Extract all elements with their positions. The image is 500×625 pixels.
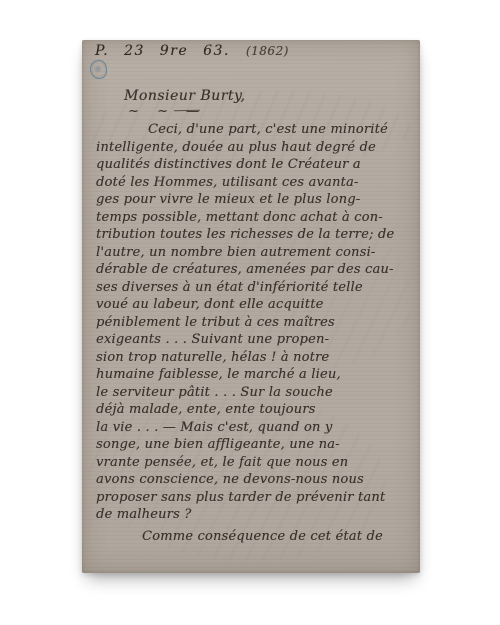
letter-line: temps possible, mettant donc achat à con…	[96, 209, 414, 227]
letter-line: de malheurs ?	[96, 506, 414, 524]
letter-line: avons conscience, ne devons-nous nous	[96, 471, 414, 489]
letter-line: doté les Hommes, utilisant ces avanta-	[96, 174, 414, 192]
letter-line: sion trop naturelle, hélas ! à notre	[96, 349, 414, 367]
letter-line: ges pour vivre le mieux et le plus long-	[96, 191, 414, 209]
letter-line: vrante pensée, et, le fait que nous en	[96, 454, 414, 472]
letter-line: déjà malade, ente, ente toujours	[96, 401, 414, 419]
letter-line: voué au labeur, dont elle acquitte	[96, 296, 414, 314]
letter-sheet: P. 23 9re 63.(1862) Monsieur Burty, ~ ~ …	[82, 40, 420, 573]
letter-line: péniblement le tribut à ces maîtres	[96, 314, 414, 332]
collector-stamp-icon	[89, 59, 108, 80]
letter-line: Ceci, d'une part, c'est une minorité	[96, 121, 414, 139]
letter-line: l'autre, un nombre bien autrement consi-	[96, 244, 414, 262]
date-annotation: (1862)	[246, 44, 289, 58]
letter-line: qualités distinctives dont le Créateur a	[96, 156, 414, 174]
letter-line: proposer sans plus tarder de prévenir ta…	[96, 489, 414, 507]
letter-line: tribution toutes les richesses de la ter…	[96, 226, 414, 244]
letter-line: humaine faiblesse, le marché a lieu,	[96, 366, 414, 384]
letter-line: ses diverses à un état d'infériorité tel…	[96, 279, 414, 297]
letter-line: dérable de créatures, amenées par des ca…	[96, 261, 414, 279]
letter-line: le serviteur pâtit . . . Sur la souche	[96, 384, 414, 402]
letter-body-lines: Ceci, d'une part, c'est une minoritéinte…	[96, 121, 414, 524]
closing-paragraph-first-line: Comme conséquence de cet état de	[142, 529, 383, 544]
letter-line: intelligente, douée au plus haut degré d…	[96, 139, 414, 157]
salutation: Monsieur Burty,	[124, 88, 246, 104]
salutation-flourish: ~ ~ —	[128, 104, 206, 119]
date-text: P. 23 9re 63.	[95, 43, 230, 59]
letter-line: la vie . . . — Mais c'est, quand on y	[96, 419, 414, 437]
date-line: P. 23 9re 63.(1862)	[95, 43, 289, 59]
letter-line: songe, une bien affligeante, une na-	[96, 436, 414, 454]
photo-background: P. 23 9re 63.(1862) Monsieur Burty, ~ ~ …	[0, 0, 500, 625]
letter-line: exigeants . . . Suivant une propen-	[96, 331, 414, 349]
